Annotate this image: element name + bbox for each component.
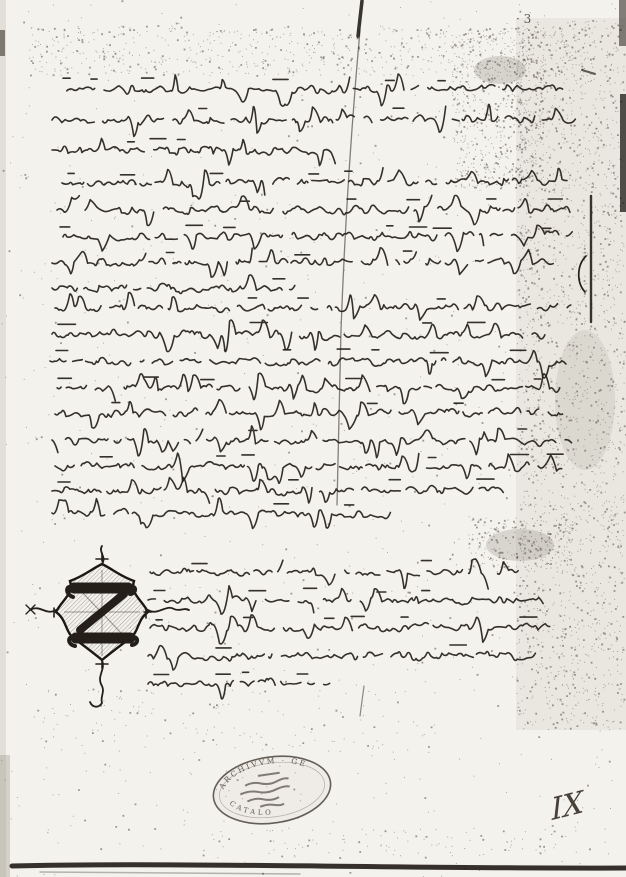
top-right-mark: · 3 <box>516 12 531 26</box>
handwriting-line <box>52 498 390 528</box>
noise-speckles <box>34 690 425 750</box>
noise-speckles <box>55 691 430 748</box>
text-block-paragraph-3: Juuo rdie pdio aguur fr duichotoz fuglur… <box>50 293 572 529</box>
handwriting-line <box>57 195 570 225</box>
handwriting-line <box>55 293 571 321</box>
handwriting-line <box>148 586 543 614</box>
left-edge-shade <box>0 0 6 877</box>
left-arm <box>30 608 56 611</box>
manuscript-page: Judicognoz meduz Juinaues et puo nudez l… <box>0 0 626 877</box>
blotch <box>555 330 615 470</box>
handwriting-line <box>57 373 560 403</box>
archive-stamp: ARCHIVVM · GE CATALO <box>209 749 335 831</box>
bottom-arm <box>90 660 103 707</box>
handwriting-line <box>52 275 295 294</box>
handwriting-line <box>150 615 550 644</box>
handwriting-line <box>52 138 335 165</box>
handwriting-line <box>52 426 572 458</box>
noise-speckles <box>203 828 577 856</box>
top-left-mark <box>0 30 5 56</box>
text-block-notarial-subscription: Et ego Gorbaruus de romaro cltus Cuuotoz… <box>148 559 550 699</box>
text-block-paragraph-1: Judicognoz meduz Juinaues et puo nudez l… <box>52 74 575 166</box>
folio-number: IX <box>549 784 586 828</box>
text-block-paragraph-2: Jtm eadz die aguur fr mandz bundi bioup … <box>52 168 572 294</box>
handwriting-line <box>62 168 567 199</box>
left-bottom-shade <box>0 755 10 877</box>
handwriting-line <box>50 349 566 378</box>
right-arm <box>148 608 189 612</box>
handwriting-line <box>148 645 535 670</box>
handwriting-line <box>60 225 572 251</box>
handwriting-line <box>148 672 330 699</box>
blotch <box>474 56 526 84</box>
noise-speckles <box>219 831 563 850</box>
handwriting-line <box>52 248 553 277</box>
manuscript-art: Judicognoz meduz Juinaues et puo nudez l… <box>0 0 626 877</box>
bottom-scan-edge <box>12 865 626 874</box>
handwriting-line <box>52 320 545 352</box>
handwriting-line <box>55 400 563 430</box>
handwriting-line <box>150 559 518 589</box>
